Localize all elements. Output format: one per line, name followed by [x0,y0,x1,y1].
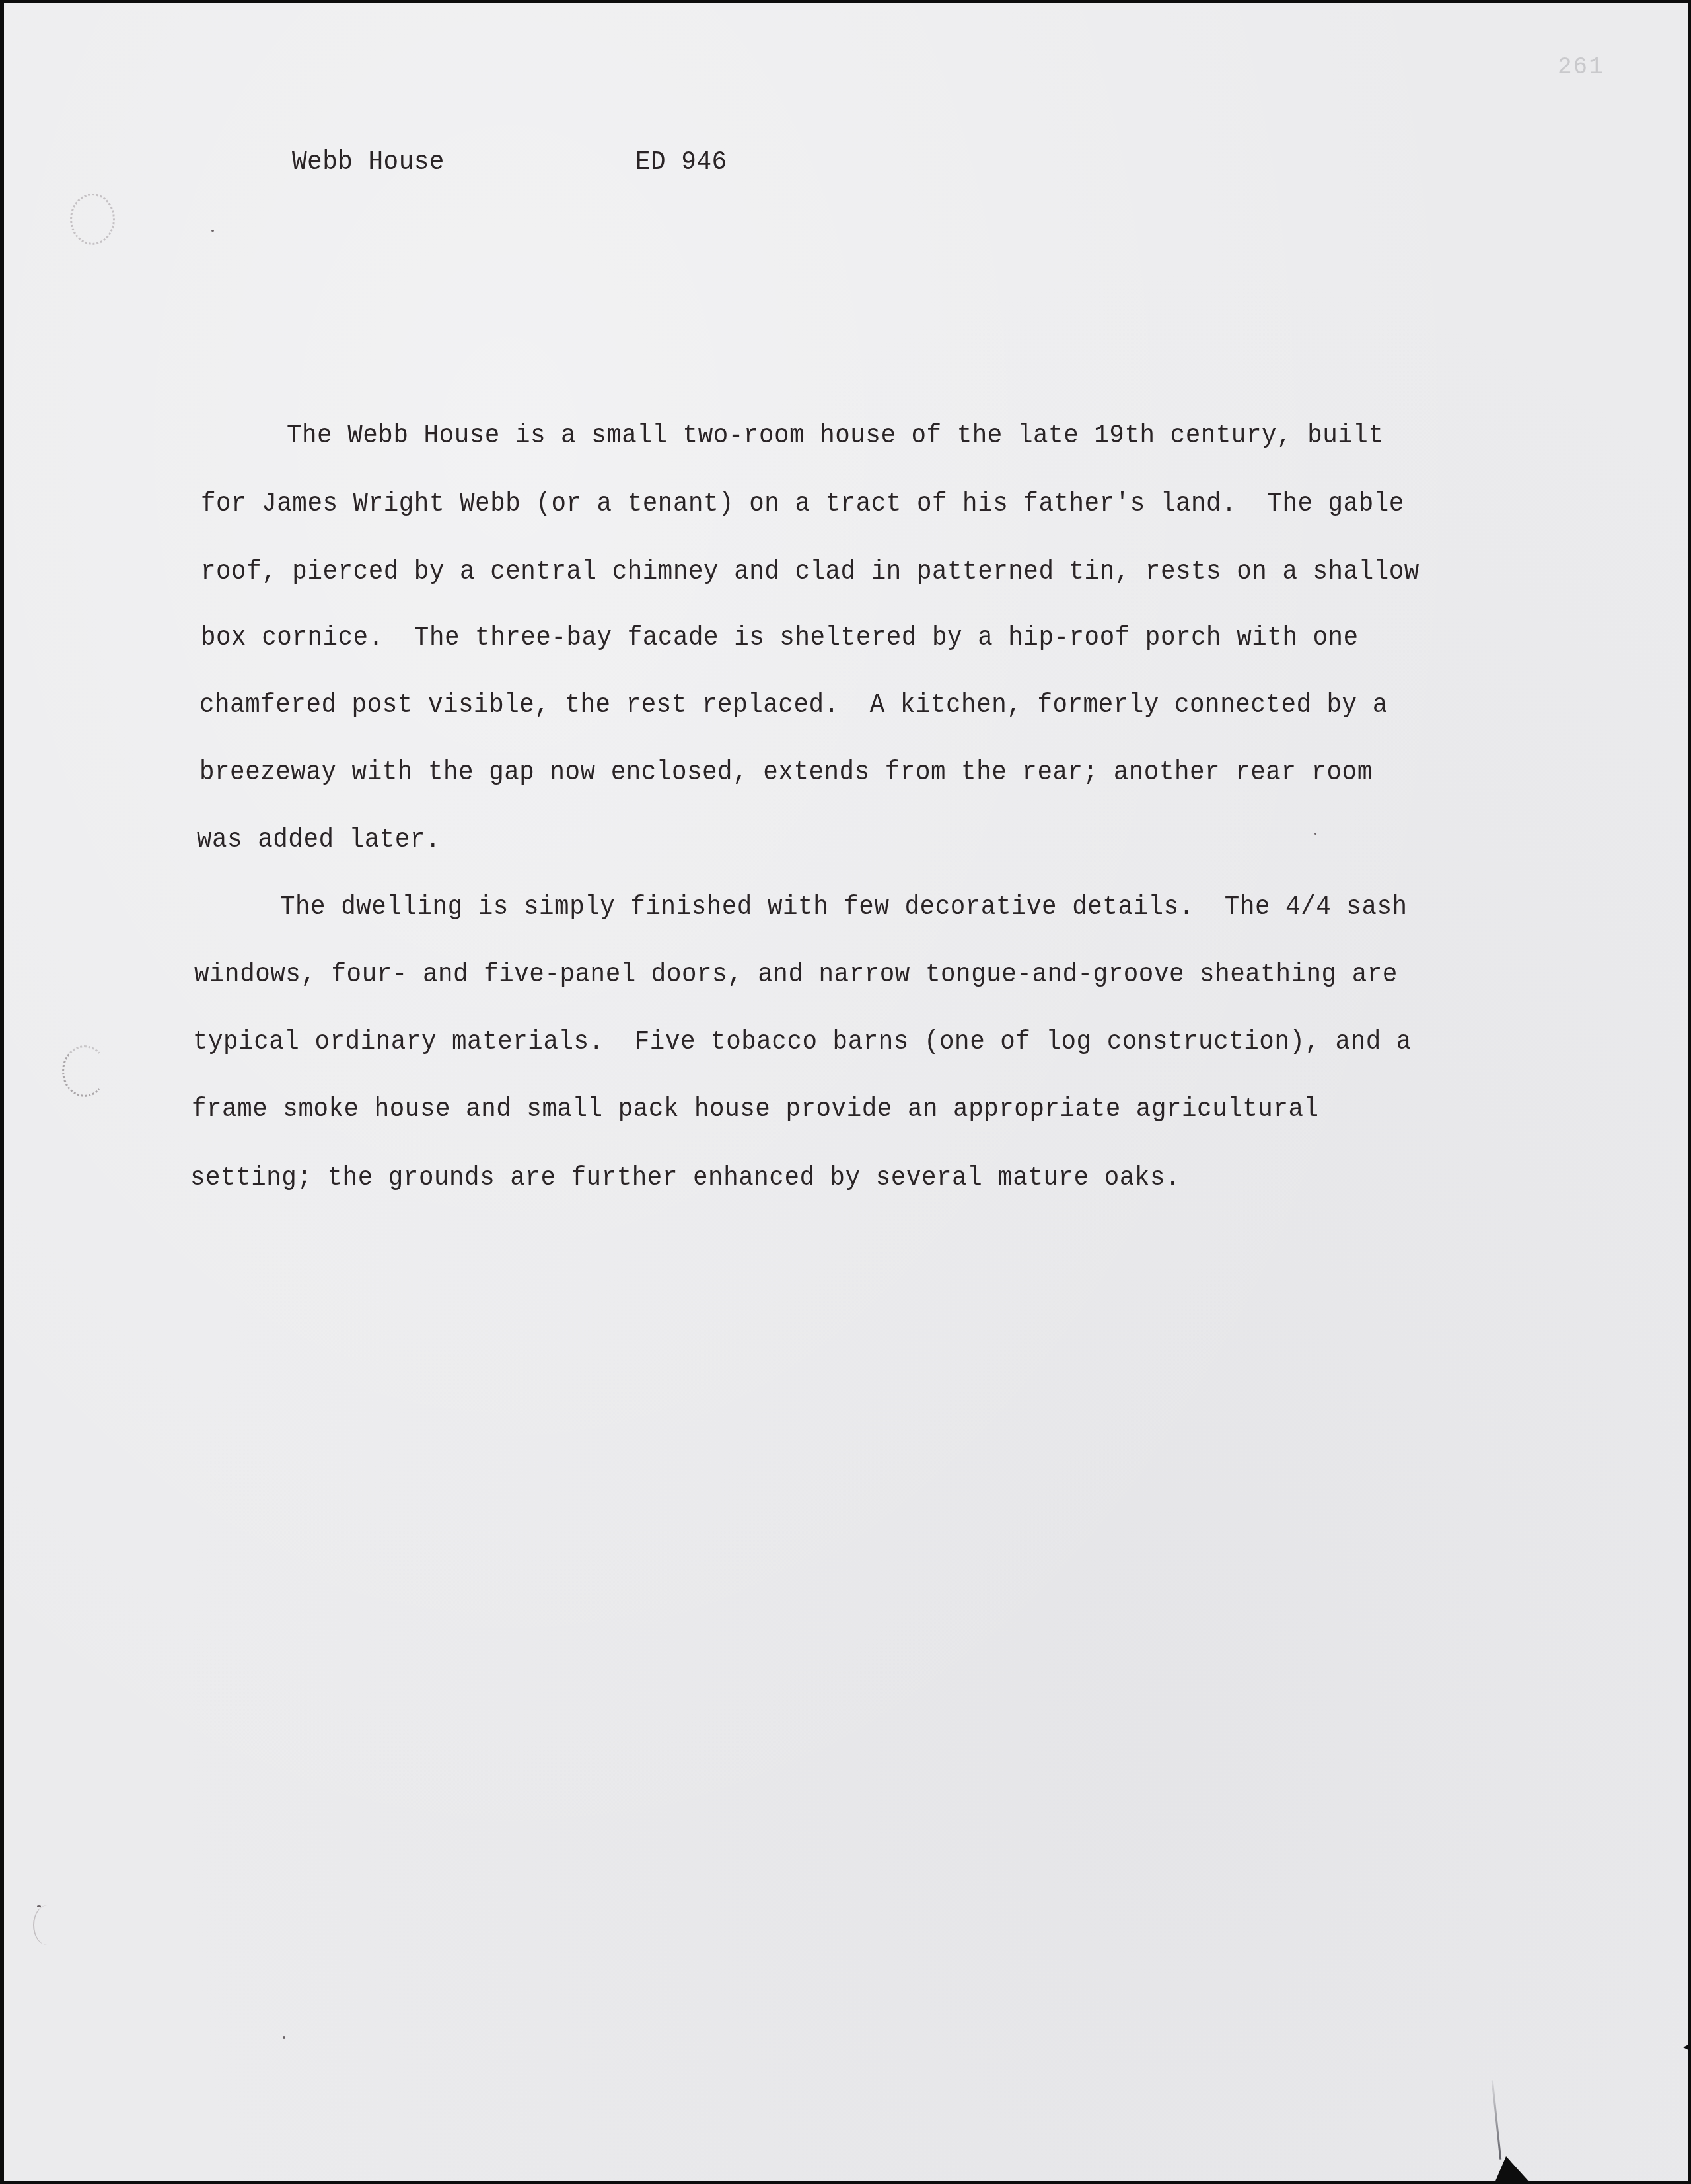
paragraph-2-line: The dwelling is simply finished with few… [280,892,1408,923]
paragraph-2-line: typical ordinary materials. Five tobacco… [193,1027,1412,1057]
paragraph-1-line: was added later. [197,825,441,855]
paragraph-2-line: frame smoke house and small pack house p… [192,1094,1319,1125]
paper-speck [1314,833,1316,835]
paragraph-1-line: chamfered post visible, the rest replace… [199,690,1388,721]
paragraph-1-line: roof, pierced by a central chimney and c… [201,557,1420,587]
paragraph-1-line: breezeway with the gap now enclosed, ext… [199,757,1373,788]
paper-speck [283,2036,285,2039]
paragraph-1-line: for James Wright Webb (or a tenant) on a… [201,489,1404,519]
document-title: Webb House [292,147,445,178]
paper-speck [37,1905,41,1907]
paragraph-2-line: setting; the grounds are further enhance… [190,1163,1180,1193]
document-page: 261 Webb House ED 946 The Webb House is … [4,3,1688,2181]
page-number: 261 [1558,53,1604,81]
paper-edge-nick [1683,2044,1690,2051]
paper-speck [211,230,214,232]
paragraph-2-line: windows, four- and five-panel doors, and… [194,960,1398,990]
paper-tear [1492,2080,1502,2160]
punch-hole-mark [62,1045,107,1097]
paper-tear-notch [1494,2156,1531,2184]
paragraph-1-line: The Webb House is a small two-room house… [287,421,1383,451]
paragraph-1-line: box cornice. The three-bay facade is she… [201,623,1359,653]
punch-hole-mark [70,194,115,245]
punch-hole-mark [33,1905,61,1945]
survey-code: ED 946 [635,147,727,178]
